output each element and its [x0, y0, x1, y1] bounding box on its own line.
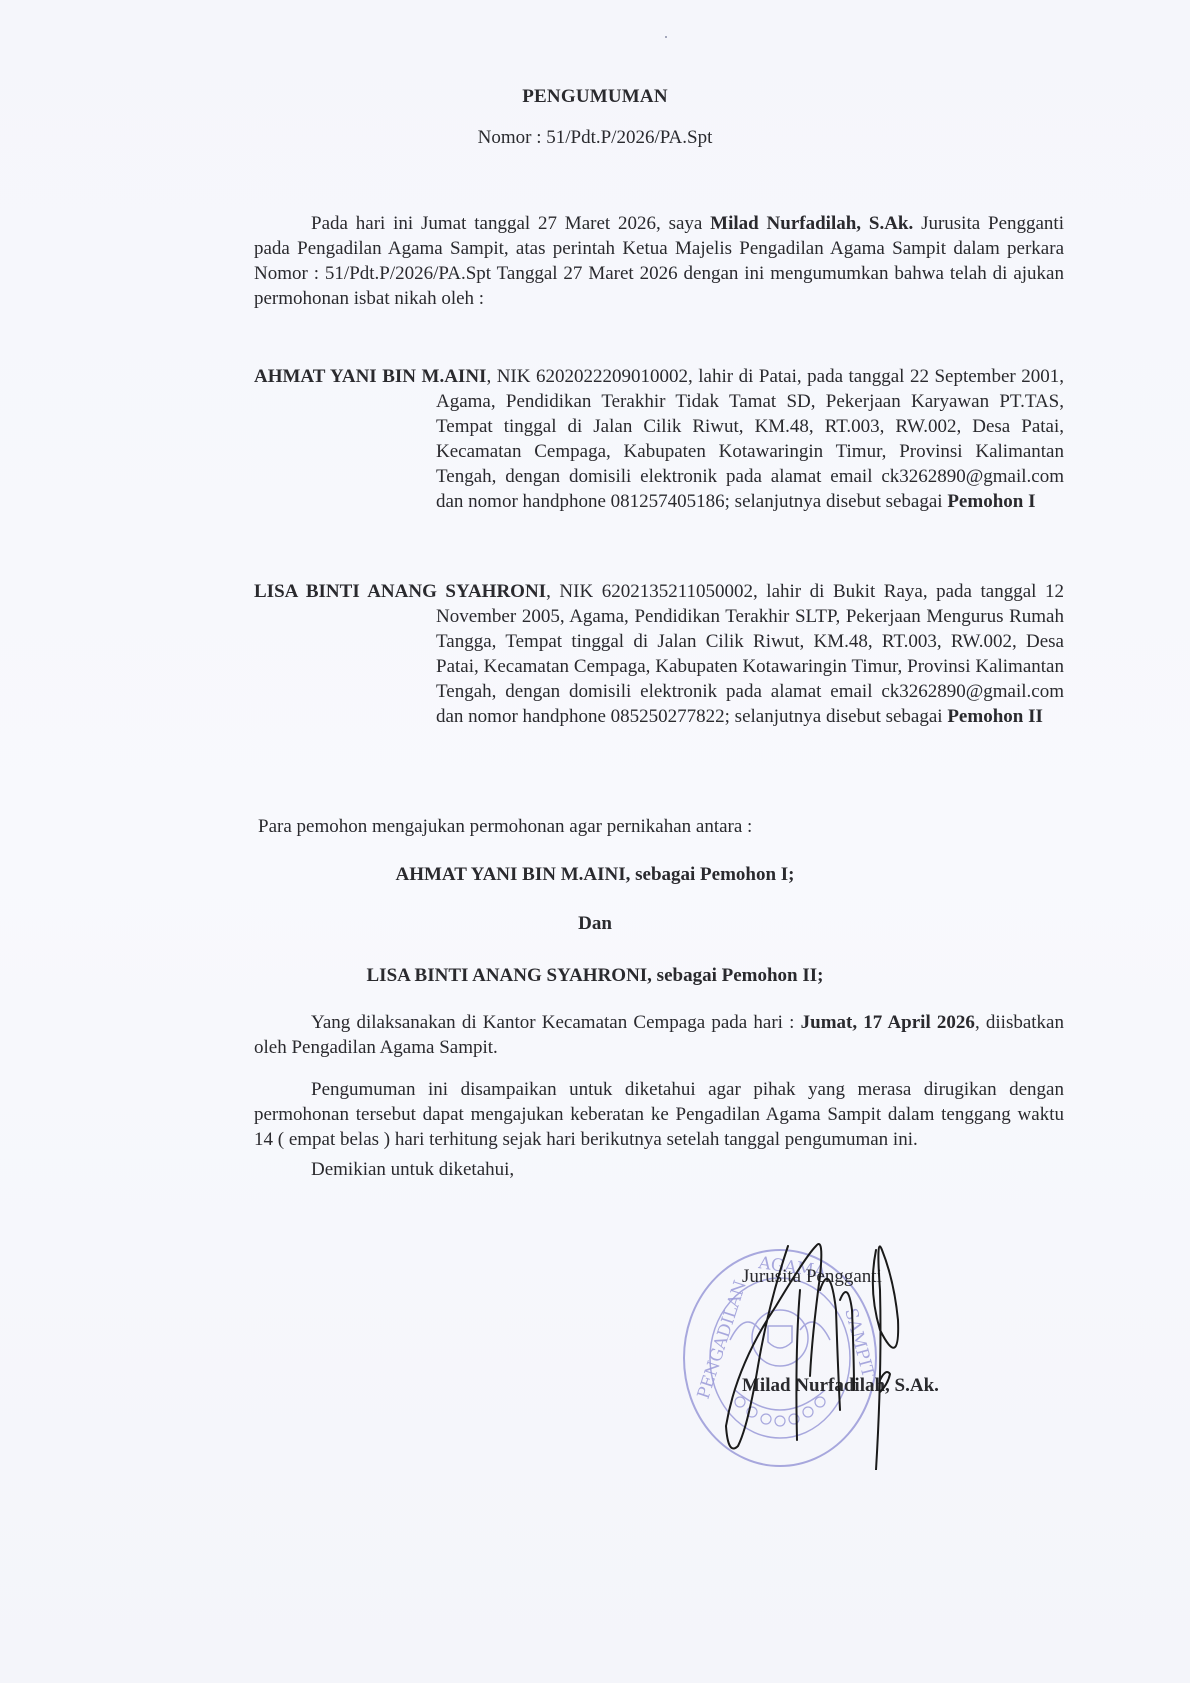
party-1: AHMAT YANI BIN M.AINI, NIK 6202022209010… [254, 364, 1064, 514]
case-number: Nomor : 51/Pdt.P/2026/PA.Spt [0, 127, 1190, 149]
execution-paragraph: Yang dilaksanakan di Kantor Kecamatan Ce… [254, 1010, 1064, 1060]
party-2-name: LISA BINTI ANANG SYAHRONI [254, 581, 546, 602]
document-page: PENGUMUMAN Nomor : 51/Pdt.P/2026/PA.Spt … [0, 0, 1190, 1683]
lead-in: Para pemohon mengajukan permohonan agar … [258, 816, 752, 838]
couple-conjunction: Dan [0, 913, 1190, 935]
signature-block: PENGADILAN AGAMA SAMPIT Jurusita Penggan… [680, 1230, 1000, 1470]
opening-text-1: Pada hari ini Jumat tanggal 27 Maret 202… [311, 213, 710, 234]
party-2: LISA BINTI ANANG SYAHRONI, NIK 620213521… [254, 579, 1064, 729]
execution-date: Jumat, 17 April 2026 [801, 1012, 975, 1033]
couple-line-2: LISA BINTI ANANG SYAHRONI, sebagai Pemoh… [0, 965, 1190, 987]
party-2-role: Pemohon II [947, 706, 1043, 727]
party-1-name: AHMAT YANI BIN M.AINI [254, 366, 486, 387]
couple-line-1: AHMAT YANI BIN M.AINI, sebagai Pemohon I… [0, 864, 1190, 886]
execution-text-1: Yang dilaksanakan di Kantor Kecamatan Ce… [311, 1012, 801, 1033]
scan-speck [665, 36, 667, 38]
notice-paragraph: Pengumuman ini disampaikan untuk diketah… [254, 1077, 1064, 1152]
closing-paragraph: Demikian untuk diketahui, [254, 1157, 1064, 1182]
officer-name: Milad Nurfadilah, S.Ak. [710, 213, 913, 234]
document-title: PENGUMUMAN [0, 86, 1190, 108]
handwritten-signature-icon [680, 1230, 1000, 1470]
opening-paragraph: Pada hari ini Jumat tanggal 27 Maret 202… [254, 211, 1064, 311]
party-1-role: Pemohon I [947, 491, 1035, 512]
